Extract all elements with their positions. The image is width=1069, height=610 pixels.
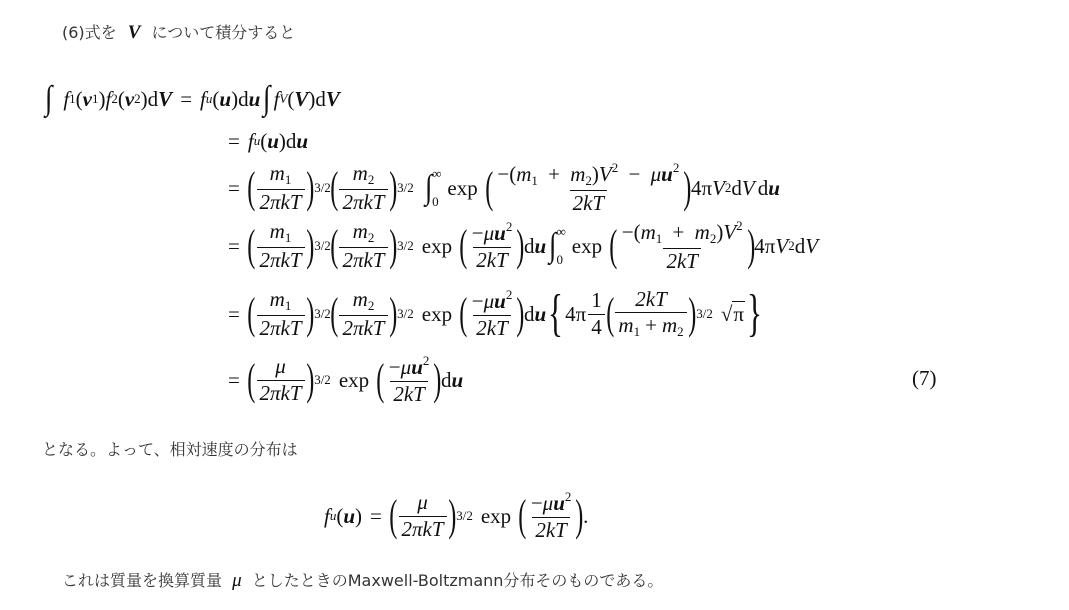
integral-sign: ∫: [45, 80, 52, 118]
equation-number: (7): [912, 366, 937, 391]
closing-symbol-mu: μ: [232, 570, 242, 591]
equation-line-3: = ( m12πkT )3/2 ( m22πkT )3/2 ∫ ∞0 exp (…: [228, 160, 780, 216]
equation-line-4: = ( m12πkT )3/2 ( m22πkT )3/2 exp ( −μu2…: [228, 218, 818, 274]
closing-paragraph: これは質量を換算質量 μ としたときのMaxwell-Boltzmann分布その…: [62, 568, 663, 592]
conclusion-intro: となる。よって、相対速度の分布は: [42, 437, 298, 460]
sqrt-pi: √π: [721, 302, 745, 327]
integral-sign: ∫: [425, 169, 432, 207]
result-equation: fu (u) = ( μ2πkT )3/2 exp ( −μu22kT ).: [324, 488, 588, 544]
equation-line-1: ∫ f1 (v1) f2 (v2) dV = fu (u) du ∫ fV (V…: [42, 74, 340, 124]
closing-suffix: としたときのMaxwell-Boltzmann分布そのものである。: [252, 571, 664, 590]
intro-symbol-V: V: [128, 22, 141, 43]
intro-suffix: について積分すると: [152, 23, 296, 42]
integral-sign: ∫: [549, 227, 556, 265]
equation-line-2: = fu (u) du: [228, 126, 308, 156]
intro-prefix: (6)式を: [62, 23, 117, 42]
closing-prefix: これは質量を換算質量: [62, 571, 222, 590]
integral-sign: ∫: [263, 80, 270, 118]
equation-line-5: = ( m12πkT )3/2 ( m22πkT )3/2 exp ( −μu2…: [228, 284, 764, 344]
intro-paragraph: (6)式を V について積分すると: [62, 20, 295, 44]
equation-line-6: = ( μ2πkT )3/2 exp ( −μu22kT ) du: [228, 352, 463, 408]
